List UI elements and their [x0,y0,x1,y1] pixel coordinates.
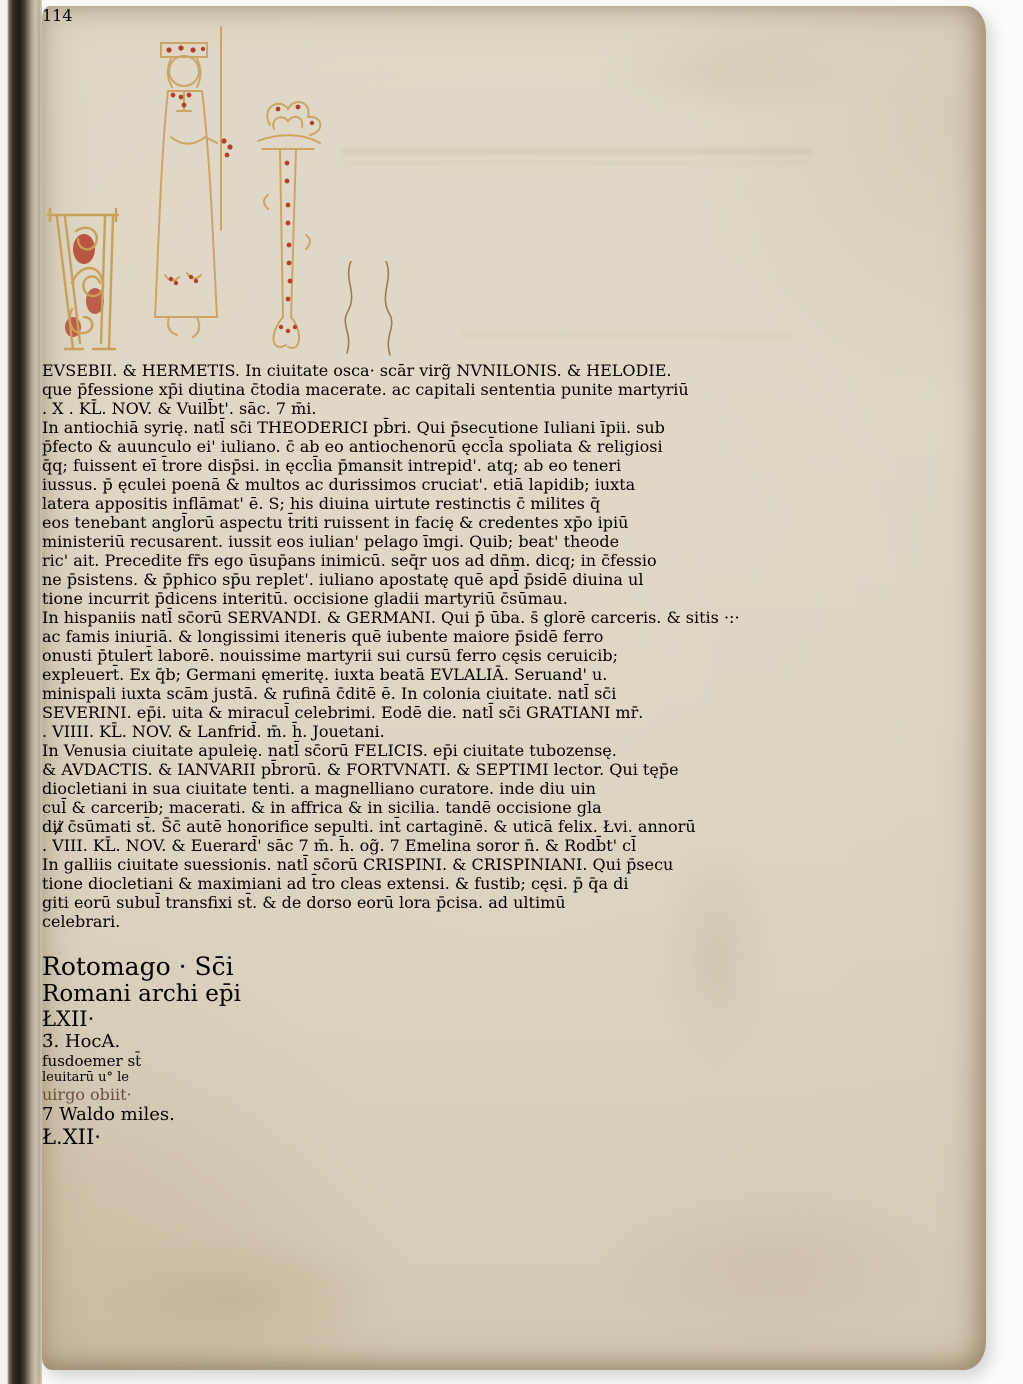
manuscript-photo: 114 [0,0,1023,1384]
pen-flourish [372,261,404,357]
margin-note-lxii-lower: Ł.XII· [42,1125,986,1149]
calendar-heading-line: . X . KL̄. NOV. & Vuilb̄t'. sāc. 7 m̄i. [42,399,986,418]
text-line: ne p̄sistens. & p̄phico sp̄u replet'. iu… [42,570,986,589]
parchment-stain [602,1186,942,1346]
text-line: q̄q; fuissent eī t̄rore disp̄si. in ęccl… [42,456,986,475]
margin-note-celebrari: celebrari. [42,912,986,931]
folio-number: 114 [42,6,986,25]
ink-bleedthrough [342,148,812,164]
text-line: que p̄fessione xp̄i diutina c̄todia mace… [42,380,986,399]
text-line: ministeriū recusarent. iussit eos iulian… [42,532,986,551]
margin-note-romani: Romani archi ep̄i [42,981,986,1007]
text-line: eos tenebant angl̄orū aspectu t̄riti rui… [42,513,986,532]
text-line: ac famis iniuriā. & longissimi iteneris … [42,627,986,646]
margin-note-rotomago: Rotomago · Sc̄i [42,952,986,981]
text-line: cul̄ & carcerib; macerati. & in affrica … [42,798,986,817]
sword-initial-i [248,95,330,357]
initial-a-illumination [42,205,126,357]
text-line: dii c̄sūmati st̄. S̄c̄ autē honorifice s… [42,817,986,836]
book-gutter [0,0,42,1384]
text-line: latera appositis inflāmat' ē. S; his diu… [42,494,986,513]
text-line: expleuert̄. Ex q̄b; Germani ęmeritę. iux… [42,665,986,684]
parchment-stain [82,1236,382,1361]
text-line: iussus. p̄ ęculei poenā & multos ac duri… [42,475,986,494]
text-line: tione incurrit p̄dicens interitū. occisi… [42,589,986,608]
calendar-heading-line: . VIIII. KL̄. NOV. & Lanfrid̄. m̄. h̄. J… [42,722,986,741]
text-line: p̄fecto & auunculo ei' iuliano. c̄ ab eo… [42,437,986,456]
margin-saint-figure [131,25,243,357]
text-line: onusti p̄tulert̄ laborē. nouissime marty… [42,646,986,665]
text-line: & AVDACTIS. & IANVARII pb̄rorū. & FORTVN… [42,760,986,779]
text-line: In antiochiā syrię. natl̄ sc̄i THEODERIC… [42,418,986,437]
ink-bleedthrough [462,332,792,346]
text-line: ric' ait. Precedite fr̄s ego ūsup̄ans in… [42,551,986,570]
margin-note-waldo: 7 Waldo miles. [42,1104,986,1125]
margin-note-struck: fusdoemer st̄ [42,1052,986,1070]
parchment-stain [602,26,862,116]
text-line: EVSEBII. & HERMETIS. In ciuitate osca· s… [42,361,986,380]
text-line: SEVERINI. ep̄i. uita & miracul̄ celebrim… [42,703,986,722]
pen-flourish [335,261,367,357]
parchment-page: 114 [42,6,986,1370]
interlinear-virgo-obiit: uirgo obiit· [42,1085,986,1104]
text-line: giti eorū subul̄ transfixi st̄. & de dor… [42,893,986,912]
text-line: tione diocletiani & maximiani ad t̄ro cl… [42,874,986,893]
interlinear-gloss: leuitarū u° le [42,1070,986,1085]
text-line: In hispaniis natl̄ sc̄orū SERVANDI. & GE… [42,608,986,627]
text-line: minispali iuxta scām justā. & rufinā c̄d… [42,684,986,703]
text-line: diocletiani in sua ciuitate tenti. a mag… [42,779,986,798]
text-line: In Venusia ciuitate apuleię. natl̄ sc̄or… [42,741,986,760]
